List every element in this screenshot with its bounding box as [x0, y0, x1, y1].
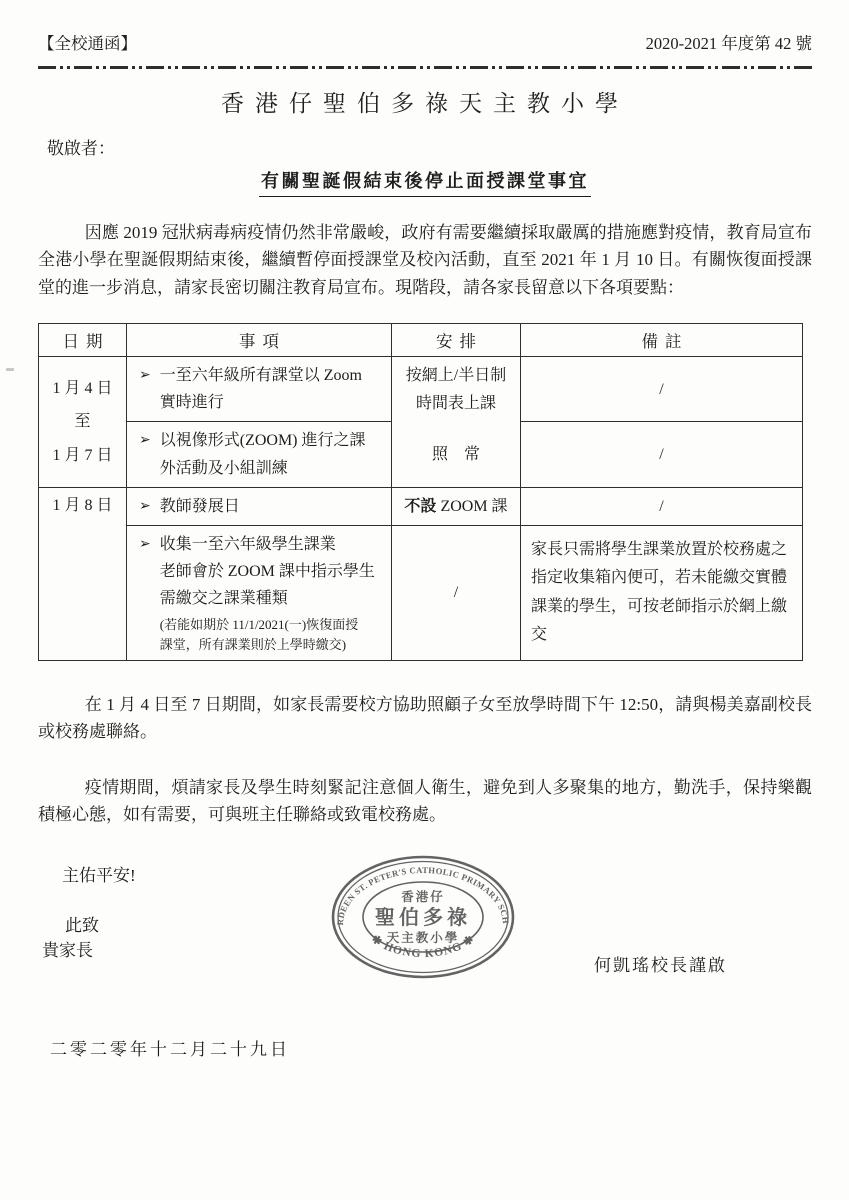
closing-section: 主佑平安! 此致 貴家長 ABERDEEN ST. PETER'S CATHOL…	[38, 859, 812, 1017]
arrow-bullet-icon: ➢	[139, 531, 151, 558]
arrow-bullet-icon: ➢	[139, 493, 151, 520]
remarks-cell-homework-instructions: 家長只需將學生課業放置於校務處之指定收集箱內便可，若未能繳交實體課業的學生，可按…	[521, 526, 803, 661]
arrangement-cell-as-usual: 照 常	[392, 422, 521, 487]
school-seal-stamp: ABERDEEN ST. PETER'S CATHOLIC PRIMARY SC…	[329, 853, 517, 981]
arrangement-cell-no-zoom: 不設 ZOOM 課	[392, 487, 521, 525]
no-zoom-rest: ZOOM 課	[436, 498, 507, 515]
remarks-cell-slash-2: /	[521, 422, 803, 487]
item-cell-video-activities: ➢ 以視像形式(ZOOM) 進行之課 外活動及小組訓練	[127, 422, 392, 487]
remarks-cell-slash-3: /	[521, 487, 803, 525]
letter-date: 二零二零年十二月二十九日	[50, 1035, 812, 1060]
closing-recipient: 貴家長	[42, 936, 93, 961]
letter-header: 【全校通函】 2020-2021 年度第 42 號	[38, 30, 812, 54]
arrow-bullet-icon: ➢	[139, 362, 151, 389]
subject-title: 有關聖誕假結束後停止面授課堂事宜	[259, 167, 591, 197]
closing-cite: 此致	[65, 911, 99, 936]
seal-cn-line3: 天主教小學	[387, 930, 460, 945]
item-text: 以視像形式(ZOOM) 進行之課 外活動及小組訓練	[160, 427, 366, 481]
arrangements-table: 日期 事項 安排 備註 1 月 4 日 至 1 月 7 日 ➢ 一至六年級所有課…	[38, 323, 803, 661]
principal-signature: 何凱瑤校長謹啟	[594, 951, 727, 976]
table-header-row: 日期 事項 安排 備註	[39, 324, 803, 357]
salutation: 敬啟者：	[47, 134, 812, 159]
item-cell-teacher-development-day: ➢ 教師發展日	[127, 487, 392, 525]
item-text: 一至六年級所有課堂以 Zoom 實時進行	[160, 362, 362, 416]
item-cell-zoom-lessons: ➢ 一至六年級所有課堂以 Zoom 實時進行	[127, 357, 392, 422]
item-cell-collect-homework: ➢ 收集一至六年級學生課業 老師會於 ZOOM 課中指示學生 需繳交之課業種類 …	[127, 526, 392, 661]
col-header-remarks: 備註	[521, 324, 803, 357]
subject-row: 有關聖誕假結束後停止面授課堂事宜	[38, 167, 812, 197]
col-header-item: 事項	[127, 324, 392, 357]
date-cell-jan4-to-jan7: 1 月 4 日 至 1 月 7 日	[39, 357, 127, 488]
seal-cn-line2: 聖伯多祿	[375, 905, 471, 929]
closing-blessing: 主佑平安!	[62, 861, 136, 886]
circular-number: 2020-2021 年度第 42 號	[646, 30, 812, 54]
circular-type-label: 【全校通函】	[38, 30, 137, 54]
arrow-bullet-icon: ➢	[139, 427, 151, 454]
arrangement-cell-slash: /	[392, 526, 521, 661]
scan-artifact-mark	[6, 368, 14, 371]
document-page: 【全校通函】 2020-2021 年度第 42 號 香港仔聖伯多祿天主教小學 敬…	[0, 0, 849, 1200]
arrangement-cell-timetable: 按網上/半日制 時間表上課	[392, 357, 521, 422]
school-name-title: 香港仔聖伯多祿天主教小學	[38, 85, 812, 118]
table-row: 1 月 8 日 ➢ 教師發展日 不設 ZOOM 課 /	[39, 487, 803, 525]
table-row: ➢ 以視像形式(ZOOM) 進行之課 外活動及小組訓練 照 常 /	[39, 422, 803, 487]
paragraph-intro: 因應 2019 冠狀病毒病疫情仍然非常嚴峻，政府有需要繼續採取嚴厲的措施應對疫情…	[38, 219, 812, 302]
item-text: 教師發展日	[160, 493, 240, 520]
dash-dot-divider	[38, 66, 812, 69]
col-header-date: 日期	[39, 324, 127, 357]
remarks-cell-slash-1: /	[521, 357, 803, 422]
table-row: 1 月 4 日 至 1 月 7 日 ➢ 一至六年級所有課堂以 Zoom 實時進行…	[39, 357, 803, 422]
paragraph-childcare: 在 1 月 4 日至 7 日期間，如家長需要校方協助照顧子女至放學時間下午 12…	[38, 691, 812, 746]
table-row: ➢ 收集一至六年級學生課業 老師會於 ZOOM 課中指示學生 需繳交之課業種類 …	[39, 526, 803, 661]
seal-cn-line1: 香港仔	[401, 889, 445, 904]
date-cell-jan8: 1 月 8 日	[39, 487, 127, 660]
item-text-small-note: (若能如期於 11/1/2021(一)恢復面授 課堂，所有課業則於上學時繳交)	[160, 615, 375, 655]
no-zoom-bold: 不設	[404, 498, 436, 515]
item-text: 收集一至六年級學生課業 老師會於 ZOOM 課中指示學生 需繳交之課業種類	[160, 531, 375, 613]
paragraph-hygiene: 疫情期間，煩請家長及學生時刻緊記注意個人衛生，避免到人多聚集的地方，勤洗手，保持…	[38, 774, 812, 829]
col-header-arrangement: 安排	[392, 324, 521, 357]
